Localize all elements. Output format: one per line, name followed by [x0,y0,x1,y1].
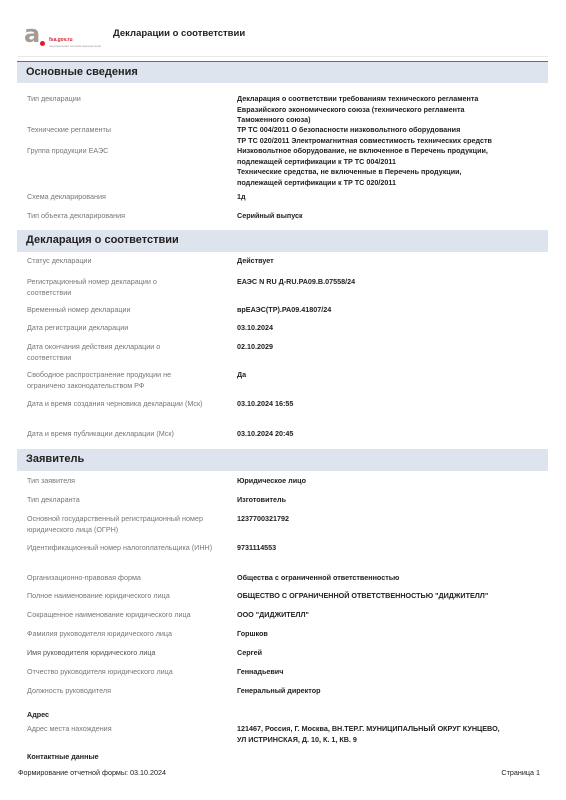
field-label: Дата и время публикации декларации (Мск) [27,429,227,440]
field-value: 1237700321792 [237,514,547,525]
field-value: 1д [237,192,547,203]
field-value: Горшков [237,629,547,640]
header-divider [18,56,548,57]
field-label: Статус декларации [27,256,227,267]
field-value: Генеральный директор [237,686,547,697]
field-value: Геннадьевич [237,667,547,678]
field-label: Фамилия руководителя юридического лица [27,629,227,640]
document-header: a fsa.gov.ru национальная система аккред… [0,0,566,58]
field-value: врЕАЭС(ТР).РА09.41807/24 [237,305,547,316]
field-label: Регистрационный номер декларации о соотв… [27,277,202,298]
field-value: ЕАЭС N RU Д-RU.РА09.В.07558/24 [237,277,547,288]
field-label: Дата регистрации декларации [27,323,227,334]
field-label: Дата и время создания черновика декларац… [27,399,227,410]
field-label: Полное наименование юридического лица [27,591,227,602]
logo-dot-icon [40,41,45,46]
field-label: Должность руководителя [27,686,227,697]
section-title: Основные сведения [17,61,548,83]
field-label: Адрес места нахождения [27,724,227,735]
field-value: Низковольтное оборудование, не включенно… [237,146,547,188]
status-value: Действует [237,256,547,267]
logo-site-text: fsa.gov.ru [49,37,73,43]
field-label: Дата окончания действия декларации о соо… [27,342,202,363]
field-value: ТР ТС 004/2011 О безопасности низковольт… [237,125,547,146]
page-title: Декларации о соответствии [113,28,245,39]
field-value: Декларация о соответствии требованиям те… [237,94,547,126]
logo-subtitle: национальная система аккредитации [49,44,101,48]
field-label: Схема декларирования [27,192,227,203]
field-value: 03.10.2024 [237,323,547,334]
field-label: Отчество руководителя юридического лица [27,667,227,678]
field-label: Имя руководителя юридического лица [27,648,227,659]
field-value: Изготовитель [237,495,547,506]
field-value: 9731114553 [237,543,547,554]
field-label: Тип декларанта [27,495,227,506]
field-value: ООО "ДИДЖИТЕЛЛ" [237,610,547,621]
report-generated-date: Формирование отчетной формы: 03.10.2024 [18,768,166,777]
field-value: Юридическое лицо [237,476,547,487]
page-number: Страница 1 [501,768,540,777]
field-label: Группа продукции ЕАЭС [27,146,227,157]
field-value: ОБЩЕСТВО С ОГРАНИЧЕННОЙ ОТВЕТСТВЕННОСТЬЮ… [237,591,547,602]
field-value: 03.10.2024 16:55 [237,399,547,410]
field-value: Серийный выпуск [237,211,547,222]
section-declaration: Декларация о соответствии [17,230,548,252]
field-value: Общества с ограниченной ответственностью [237,573,547,584]
logo-letter-icon: a [24,22,40,46]
address-heading: Адрес [27,710,49,719]
field-value: 121467, Россия, Г. Москва, ВН.ТЕР.Г. МУН… [237,724,547,745]
section-basic-info: Основные сведения [17,61,548,83]
field-value: 02.10.2029 [237,342,547,353]
section-title: Декларация о соответствии [17,230,548,252]
field-label: Организационно-правовая форма [27,573,227,584]
field-label: Технические регламенты [27,125,227,136]
section-applicant: Заявитель [17,449,548,471]
field-label: Временный номер декларации [27,305,227,316]
field-value: Да [237,370,547,381]
field-label: Тип объекта декларирования [27,211,227,222]
field-label: Основной государственный регистрационный… [27,514,227,535]
section-title: Заявитель [17,449,548,471]
field-label: Тип декларации [27,94,227,105]
field-label: Свободное распространение продукции не о… [27,370,207,391]
fsa-logo: a fsa.gov.ru национальная система аккред… [24,26,94,50]
field-value: Сергей [237,648,547,659]
field-label: Тип заявителя [27,476,227,487]
field-label: Идентификационный номер налогоплательщик… [27,543,227,554]
field-label: Сокращенное наименование юридического ли… [27,610,237,621]
field-value: 03.10.2024 20:45 [237,429,547,440]
contacts-heading: Контактные данные [27,752,99,761]
